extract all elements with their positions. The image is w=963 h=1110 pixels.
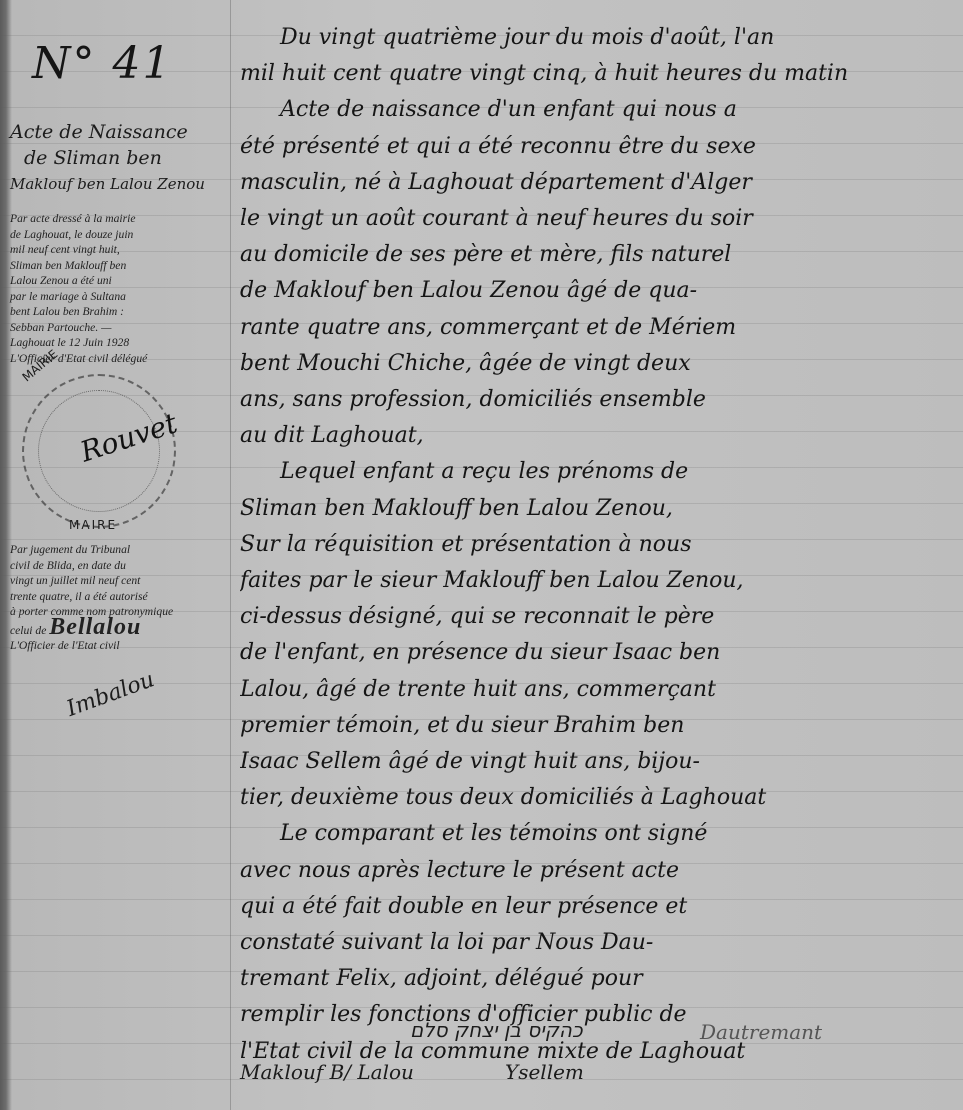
body-line: ans, sans profession, domiciliés ensembl… <box>240 382 955 418</box>
body-line: tremant Felix, adjoint, délégué pour <box>240 961 955 997</box>
officer-signature: Imbalou <box>63 667 157 722</box>
act-title-line: de Sliman ben <box>10 145 225 171</box>
body-line: Sliman ben Maklouff ben Lalou Zenou, <box>240 491 955 527</box>
act-title-line: Acte de Naissance <box>10 119 225 145</box>
body-line: premier témoin, et du sieur Brahim ben <box>240 708 955 744</box>
marriage-note: Par acte dressé à la mairie de Laghouat,… <box>10 211 225 366</box>
body-line: Le comparant et les témoins ont signé <box>240 816 955 852</box>
hebrew-signature: כהקיס בן יצחק סלם <box>410 1018 583 1042</box>
body-line: constaté suivant la loi par Nous Dau- <box>240 925 955 961</box>
body-line: Acte de naissance d'un enfant qui nous a <box>240 92 955 128</box>
body-line: masculin, né à Laghouat département d'Al… <box>240 165 955 201</box>
body-line: au domicile de ses père et mère, fils na… <box>240 237 955 273</box>
judgment-note: Par jugement du Tribunal civil de Blida,… <box>10 542 225 654</box>
note-line: Sebban Partouche. — <box>10 320 225 336</box>
body-line: ci-dessus désigné, qui se reconnait le p… <box>240 599 955 635</box>
body-line: Du vingt quatrième jour du mois d'août, … <box>240 20 955 56</box>
body-line: Sur la réquisition et présentation à nou… <box>240 527 955 563</box>
note-line: Par jugement du Tribunal <box>10 542 225 558</box>
note-line: vingt un juillet mil neuf cent <box>10 573 225 589</box>
body-line: bent Mouchi Chiche, âgée de vingt deux <box>240 346 955 382</box>
note-line: Sliman ben Maklouff ben <box>10 258 225 274</box>
body-line: tier, deuxième tous deux domiciliés à La… <box>240 780 955 816</box>
note-line: trente quatre, il a été autorisé <box>10 589 225 605</box>
body-line: au dit Laghouat, <box>240 418 955 454</box>
act-number: N° 41 <box>32 38 225 89</box>
body-line: Isaac Sellem âgé de vingt huit ans, bijo… <box>240 744 955 780</box>
body-line: le vingt un août courant à neuf heures d… <box>240 201 955 237</box>
body-line: mil huit cent quatre vingt cinq, à huit … <box>240 56 955 92</box>
register-page: N° 41 Acte de Naissance de Sliman ben Ma… <box>0 0 963 1110</box>
note-line: Lalou Zenou a été uni <box>10 273 225 289</box>
new-surname: Bellalou <box>49 614 141 640</box>
left-margin: N° 41 Acte de Naissance de Sliman ben Ma… <box>10 30 225 707</box>
body-line: Lalou, âgé de trente huit ans, commerçan… <box>240 672 955 708</box>
body-line: avec nous après lecture le présent acte <box>240 853 955 889</box>
body-line: Lequel enfant a reçu les prénoms de <box>240 454 955 490</box>
officer-line: L'Officier de l'Etat civil <box>10 638 225 654</box>
witness-signature: Ysellem <box>505 1060 584 1084</box>
note-line: Par acte dressé à la mairie <box>10 211 225 227</box>
note-line: bent Lalou ben Brahim : <box>10 304 225 320</box>
act-body: Du vingt quatrième jour du mois d'août, … <box>240 20 955 1070</box>
officer-signature-body: Dautremant <box>700 1020 822 1044</box>
act-title: Acte de Naissance de Sliman ben Maklouf … <box>10 119 225 197</box>
body-line: rante quatre ans, commerçant et de Mérie… <box>240 310 955 346</box>
note-line: mil neuf cent vingt huit, <box>10 242 225 258</box>
note-line: celui de Bellalou <box>10 620 225 639</box>
act-title-line: Maklouf ben Lalou Zenou <box>10 171 225 197</box>
stamp-bottom-text: MAIRE <box>69 518 117 532</box>
body-line: de Maklouf ben Lalou Zenou âgé de qua- <box>240 273 955 309</box>
body-line: de l'enfant, en présence du sieur Isaac … <box>240 635 955 671</box>
father-signature: Maklouf B/ Lalou <box>240 1060 414 1084</box>
note-line: de Laghouat, le douze juin <box>10 227 225 243</box>
body-line: qui a été fait double en leur présence e… <box>240 889 955 925</box>
note-line: Laghouat le 12 Juin 1928 <box>10 335 225 351</box>
body-line: été présenté et qui a été reconnu être d… <box>240 129 955 165</box>
body-line: faites par le sieur Maklouff ben Lalou Z… <box>240 563 955 599</box>
mairie-stamp: MAIRIE MAIRE Rouvet <box>22 374 176 528</box>
note-text: celui de <box>10 624 46 637</box>
signatures-block: כהקיס בן יצחק סלם Dautremant Maklouf B/ … <box>240 1010 955 1110</box>
note-line: par le mariage à Sultana <box>10 289 225 305</box>
note-line: civil de Blida, en date du <box>10 558 225 574</box>
margin-rule <box>230 0 231 1110</box>
